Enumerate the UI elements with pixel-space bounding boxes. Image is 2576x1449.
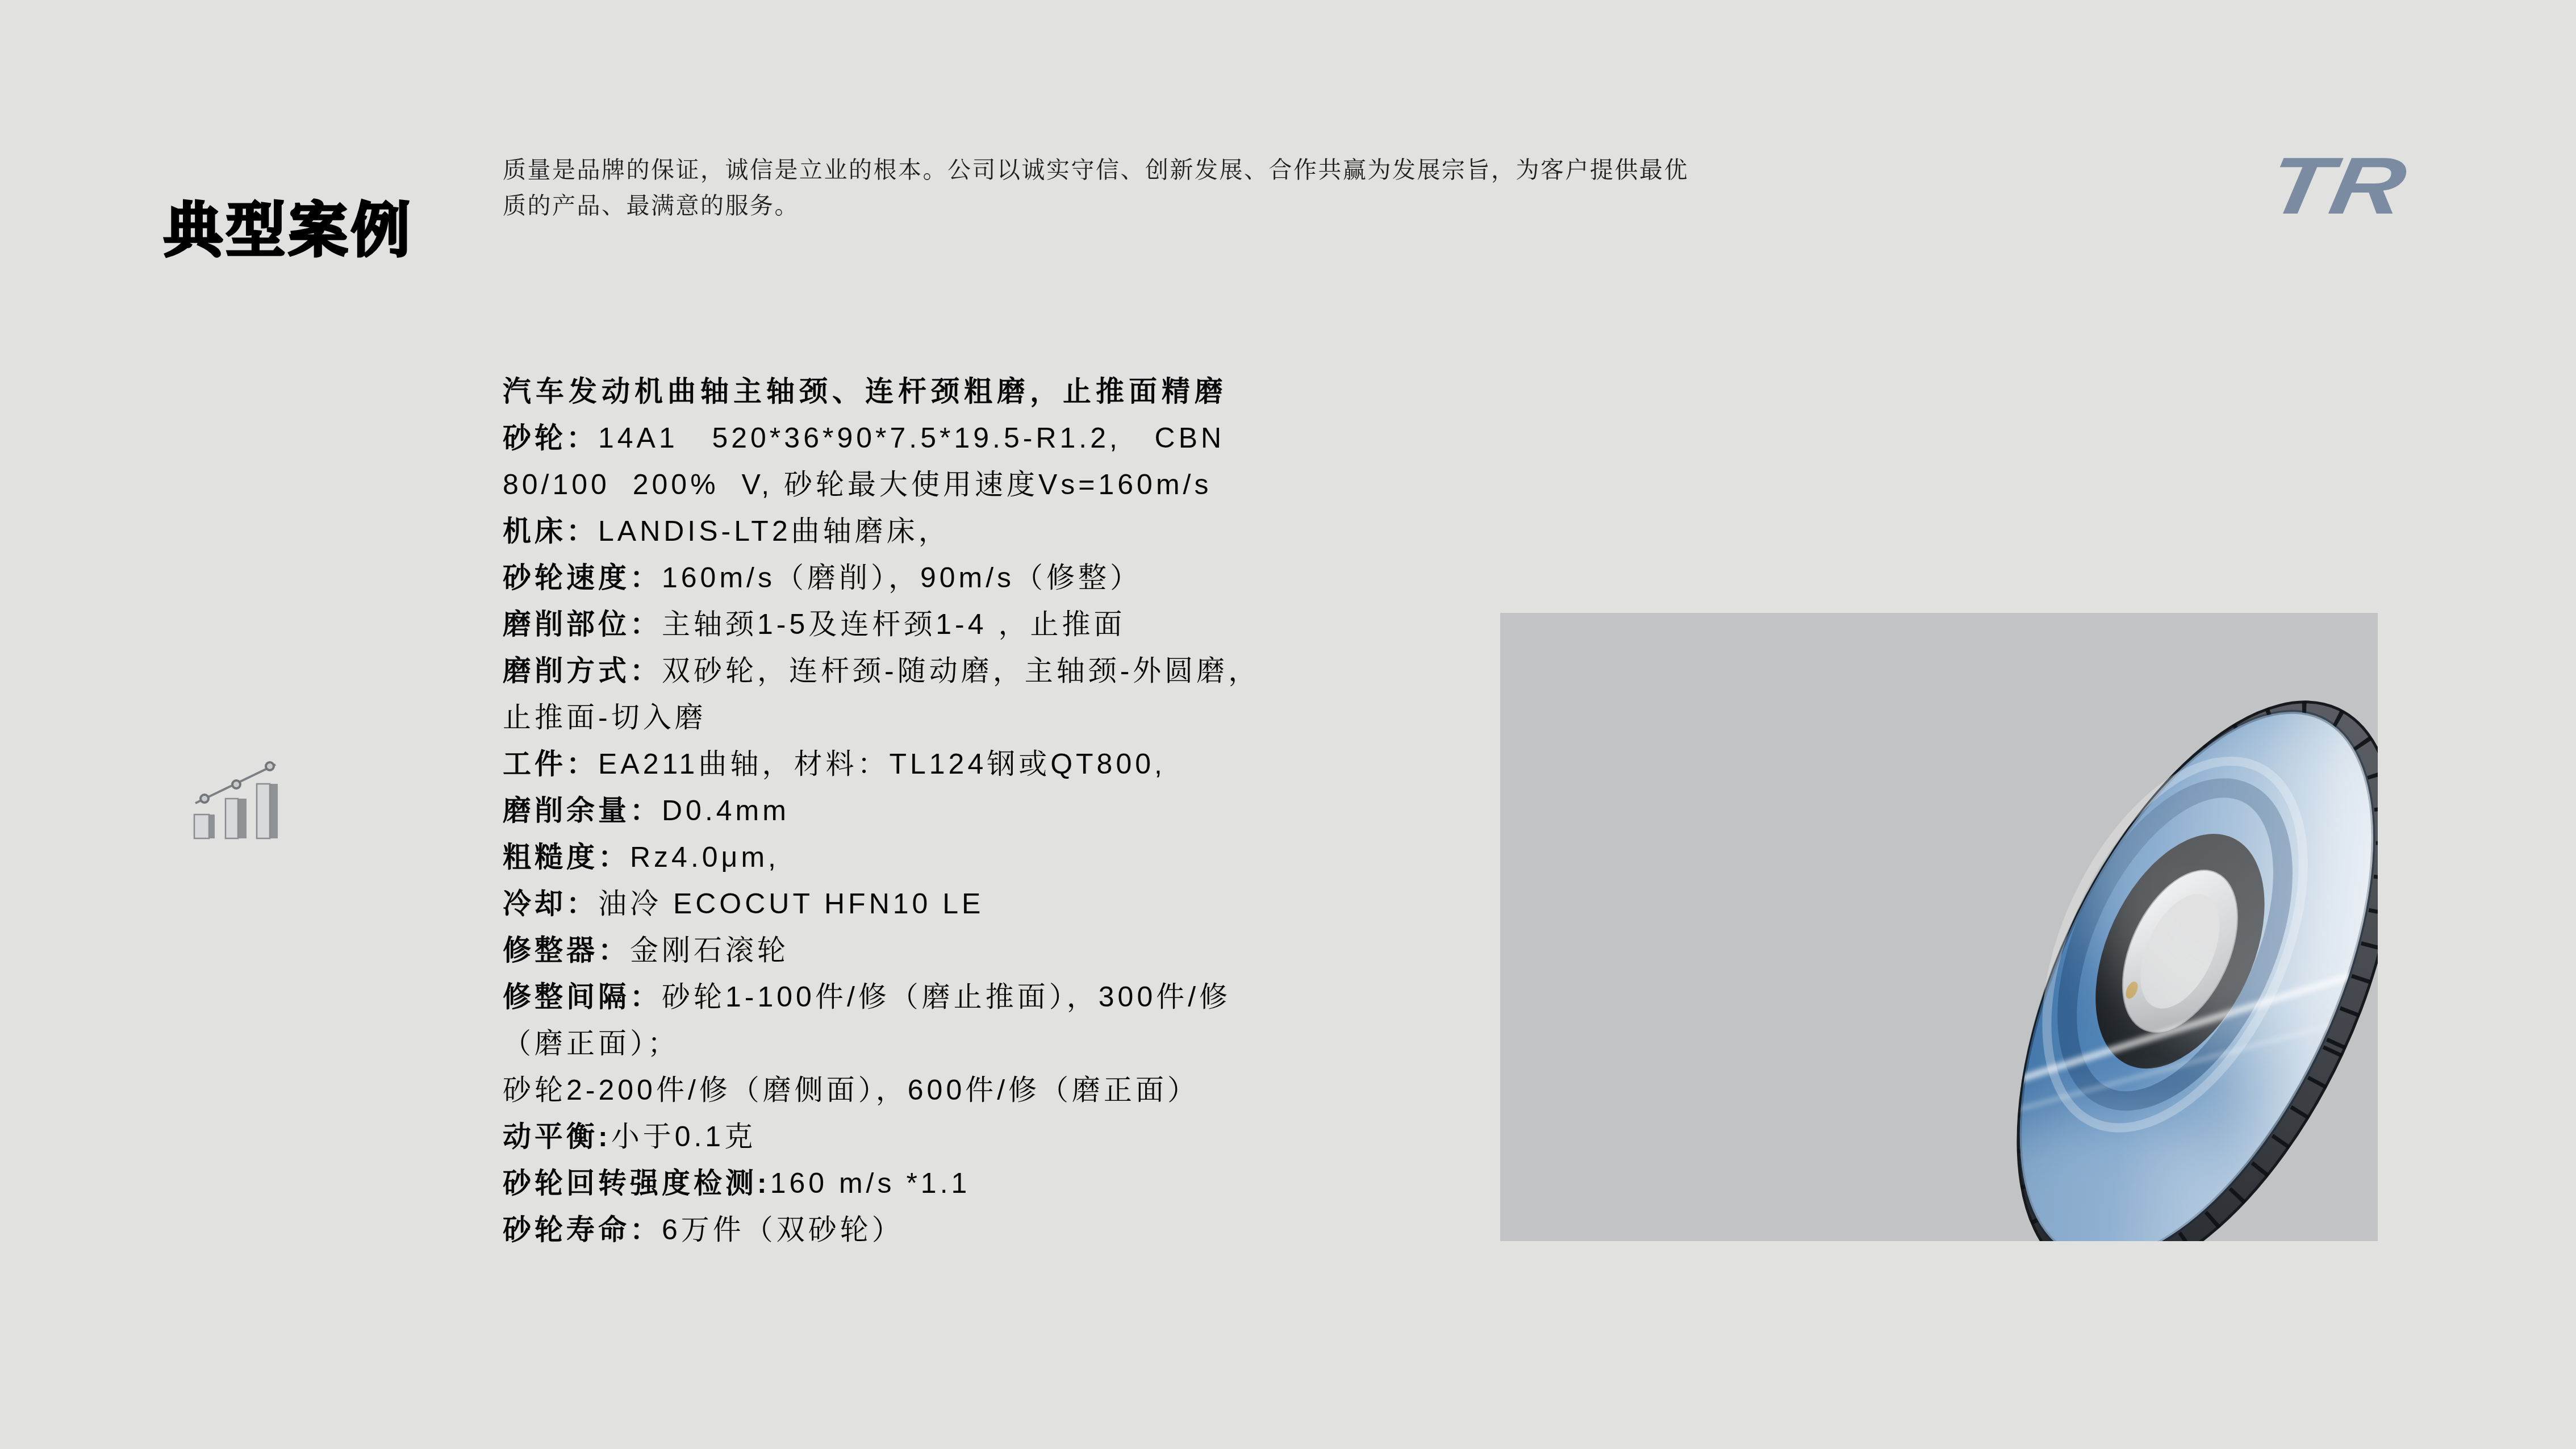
spec-line: 机床：LANDIS-LT2曲轴磨床， (503, 508, 1260, 554)
spec-line: （磨正面）； (503, 1020, 1260, 1067)
spec-line: 砂轮寿命：6万件（双砂轮） (503, 1206, 1260, 1253)
spec-line: 修整器：金刚石滚轮 (503, 927, 1260, 974)
grinding-wheel-photo (1500, 613, 2378, 1241)
bar-chart-bars (194, 784, 278, 838)
spec-line: 砂轮2-200件/修（磨侧面），600件/修（磨正面） (503, 1067, 1260, 1113)
page-subtitle: 质量是品牌的保证，诚信是立业的根本。公司以诚实守信、创新发展、合作共赢为发展宗旨… (503, 152, 1713, 224)
tr-logo: TR (2248, 139, 2424, 241)
bar1-side (209, 815, 215, 838)
spec-line: 砂轮：14A1 520*36*90*7.5*19.5-R1.2, CBN (503, 415, 1260, 461)
spec-line: 砂轮速度：160m/s（磨削），90m/s（修整） (503, 554, 1260, 601)
spec-line: 动平衡:小于0.1克 (503, 1113, 1260, 1160)
spec-line: 修整间隔：砂轮1-100件/修（磨止推面），300件/修 (503, 974, 1260, 1020)
growth-chart-icon (189, 759, 286, 845)
spec-line: 磨削方式：双砂轮，连杆颈-随动磨，主轴颈-外圆磨， (503, 648, 1260, 694)
spec-line: 止推面-切入磨 (503, 694, 1260, 741)
spec-line: 工件：EA211曲轴，材料：TL124钢或QT800, (503, 741, 1260, 787)
case-heading: 汽车发动机曲轴主轴颈、连杆颈粗磨，止推面精磨 (503, 368, 1260, 415)
case-content: 汽车发动机曲轴主轴颈、连杆颈粗磨，止推面精磨 砂轮：14A1 520*36*90… (503, 368, 1260, 1253)
logo-text: TR (2261, 141, 2412, 231)
spec-line: 砂轮回转强度检测:160 m/s *1.1 (503, 1160, 1260, 1206)
bar2-side (238, 799, 247, 838)
bar2-front (226, 799, 238, 838)
spec-line: 粗糙度：Rz4.0μm, (503, 834, 1260, 880)
face-reflections (1943, 715, 2378, 1241)
page-title: 典型案例 (164, 183, 414, 268)
spec-lines: 砂轮：14A1 520*36*90*7.5*19.5-R1.2, CBN80/1… (503, 415, 1260, 1253)
product-photo-panel (1500, 613, 2378, 1241)
spec-line: 磨削余量：D0.4mm (503, 787, 1260, 834)
bar1-front (194, 815, 209, 838)
slide: 典型案例 质量是品牌的保证，诚信是立业的根本。公司以诚实守信、创新发展、合作共赢… (0, 0, 2576, 1449)
spec-line: 磨削部位：主轴颈1-5及连杆颈1-4 ，止推面 (503, 601, 1260, 648)
spec-line: 80/100 200% V, 砂轮最大使用速度Vs=160m/s (503, 461, 1260, 508)
spec-line: 冷却：油冷 ECOCUT HFN10 LE (503, 880, 1260, 927)
bar3-side (270, 784, 278, 838)
bar3-front (257, 784, 270, 838)
